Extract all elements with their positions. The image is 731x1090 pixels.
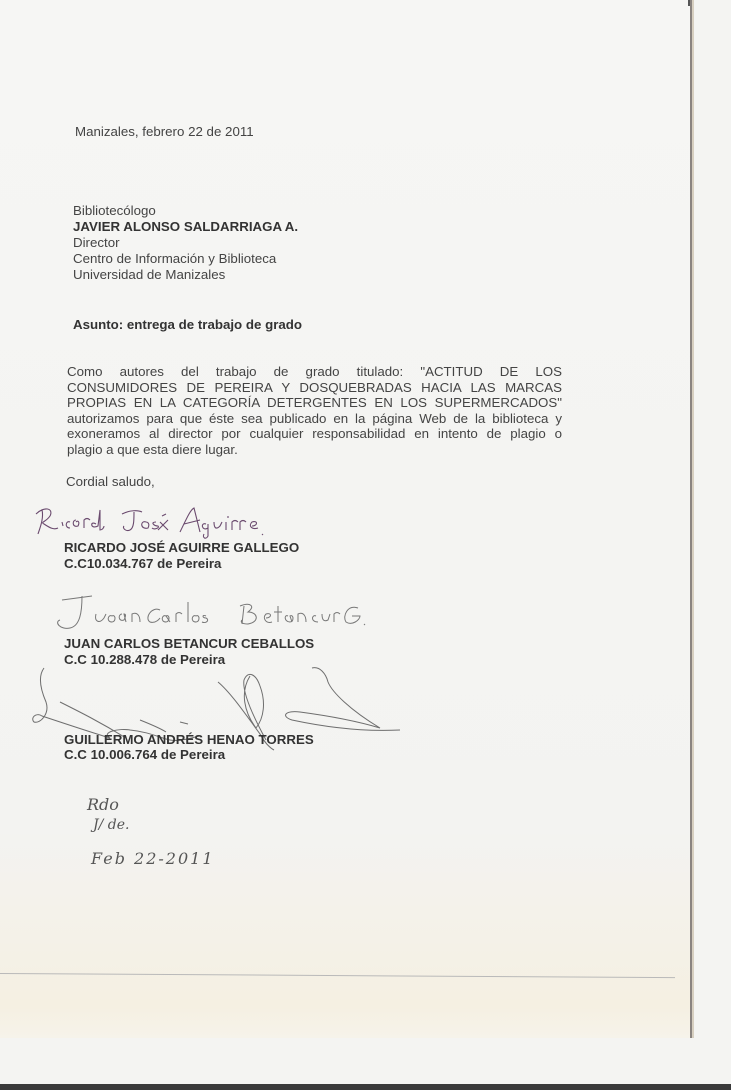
- body-line: PROPIAS EN LA CATEGORÍA DETERGENTES EN L…: [67, 395, 562, 411]
- signatory-name: RICARDO JOSÉ AGUIRRE GALLEGO: [64, 540, 299, 556]
- signatory-name: GUILLERMO ANDRÉS HENAO TORRES: [64, 732, 314, 748]
- body-line: Como autores del trabajo de grado titula…: [67, 364, 562, 380]
- recipient-position: Director: [73, 235, 298, 251]
- signatory-id: C.C 10.006.764 de Pereira: [64, 747, 225, 763]
- scanned-letter-page: Manizales, febrero 22 de 2011 Bibliotecó…: [0, 0, 692, 1038]
- recipient-institution: Universidad de Manizales: [73, 267, 298, 283]
- received-note-line: Feb 22-2011: [91, 849, 215, 868]
- signature-juan-carlos: [30, 592, 390, 637]
- signatory-name: JUAN CARLOS BETANCUR CEBALLOS: [64, 636, 314, 652]
- letter-closing: Cordial saludo,: [66, 474, 155, 490]
- recipient-department: Centro de Información y Biblioteca: [73, 251, 298, 267]
- body-line: autorizamos para que éste sea publicado …: [67, 411, 562, 427]
- recipient-name: JAVIER ALONSO SALDARRIAGA A.: [73, 219, 298, 235]
- scan-bottom-edge: [0, 1084, 731, 1090]
- letter-body: Como autores del trabajo de grado titula…: [67, 364, 562, 457]
- recipient-title: Bibliotecólogo: [73, 203, 298, 219]
- recipient-block: Bibliotecólogo JAVIER ALONSO SALDARRIAGA…: [73, 203, 298, 283]
- body-line: CONSUMIDORES DE PEREIRA Y DOSQUEBRADAS H…: [67, 380, 562, 396]
- body-line: plagio a que esta diere lugar.: [67, 442, 562, 458]
- letter-date: Manizales, febrero 22 de 2011: [75, 124, 254, 140]
- page-edge-mark: [688, 0, 690, 6]
- page-fold-line: [0, 973, 675, 978]
- body-line: exoneramos al director por cualquier res…: [67, 426, 562, 442]
- letter-subject: Asunto: entrega de trabajo de grado: [73, 317, 302, 333]
- signatory-id: C.C10.034.767 de Pereira: [64, 556, 221, 572]
- signature-ricardo: [30, 500, 280, 540]
- received-note-line: Rdo: [87, 795, 119, 814]
- received-note-line: J/ de.: [93, 817, 129, 833]
